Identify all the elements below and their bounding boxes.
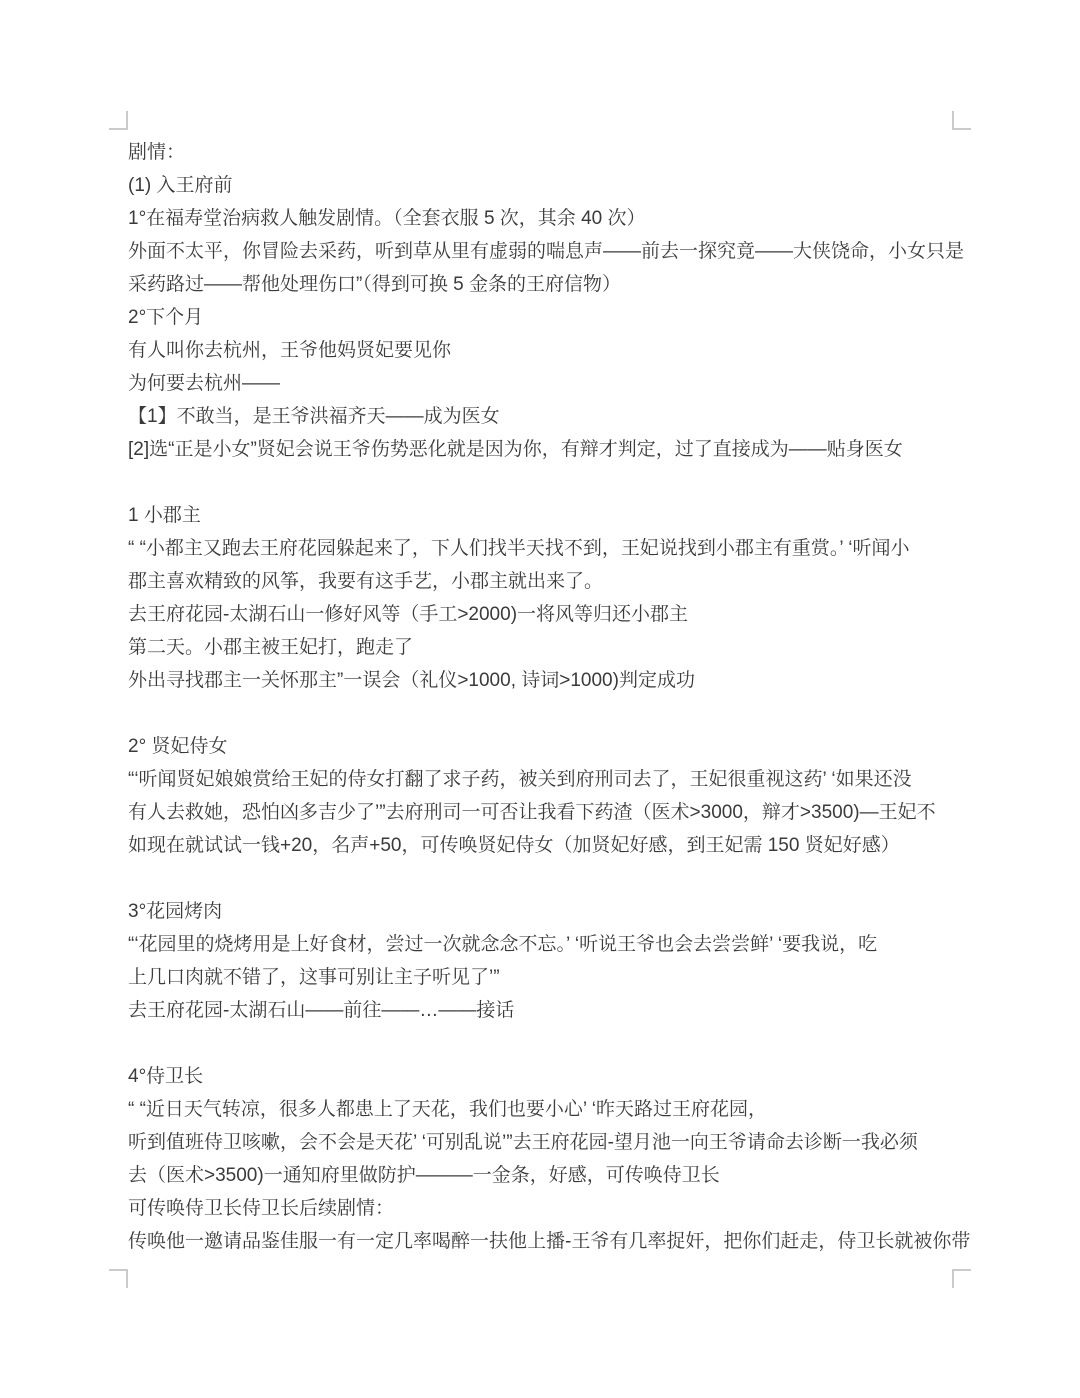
text-line: 2°下个月: [128, 301, 952, 334]
text-line: 第二天。小郡主被王妃打，跑走了: [128, 631, 952, 664]
text-line: 传唤他一邀请品鉴佳服一有一定几率喝醉一扶他上播-王爷有几率捉奸，把你们赶走，侍卫…: [128, 1225, 952, 1258]
text-line: 上几口肉就不错了，这事可别让主子听见了’”: [128, 961, 952, 994]
paragraph-block-section-2-xian-fei-shi-nv: 2° 贤妃侍女“‘听闻贤妃娘娘赏给王妃的侍女打翻了求子药，被关到府刑司去了，王妃…: [128, 730, 952, 862]
text-line: 外出寻找郡主一关怀那主”一误会（礼仪>1000, 诗词>1000)判定成功: [128, 664, 952, 697]
text-line: 为何要去杭州——: [128, 367, 952, 400]
paragraph-block-intro: 剧情：(1) 入王府前1°在福寿堂治病救人触发剧情。（全套衣服 5 次，其余 4…: [128, 136, 952, 466]
text-line: 1°在福寿堂治病救人触发剧情。（全套衣服 5 次，其余 40 次）: [128, 202, 952, 235]
text-line: 3°花园烤肉: [128, 895, 952, 928]
text-line: 外面不太平，你冒险去采药，听到草从里有虚弱的喘息声——前去一探究竟——大侠饶命，…: [128, 235, 952, 268]
paragraph-block-section-1-xiao-jun-zhu: 1 小郡主“ “小都主又跑去王府花园躲起来了，下人们找半天找不到，王妃说找到小郡…: [128, 499, 952, 697]
paragraph-block-section-4-shi-wei-zhang: 4°侍卫长“ “近日天气转凉，很多人都患上了天花，我们也要小心’ ‘昨天路过王府…: [128, 1060, 952, 1258]
text-line: [2]选“正是小女”贤妃会说王爷伤势恶化就是因为你，有辩才判定，过了直接成为——…: [128, 433, 952, 466]
text-line: 4°侍卫长: [128, 1060, 952, 1093]
document-body: 剧情：(1) 入王府前1°在福寿堂治病救人触发剧情。（全套衣服 5 次，其余 4…: [128, 136, 952, 1258]
margin-crop-mark-top-right: [952, 111, 971, 130]
text-line: 如现在就试试一钱+20，名声+50，可传唤贤妃侍女（加贤妃好感，到王妃需 150…: [128, 829, 952, 862]
text-line: 剧情：: [128, 136, 952, 169]
text-line: 听到值班侍卫咳嗽，会不会是天花’ ‘可别乱说’”去王府花园-望月池一向王爷请命去…: [128, 1126, 952, 1159]
text-line: “‘听闻贤妃娘娘赏给王妃的侍女打翻了求子药，被关到府刑司去了，王妃很重视这药’ …: [128, 763, 952, 796]
text-line: 郡主喜欢精致的风筝，我要有这手艺，小郡主就出来了。: [128, 565, 952, 598]
text-line: 2° 贤妃侍女: [128, 730, 952, 763]
margin-crop-mark-bottom-left: [109, 1269, 128, 1288]
text-line: “ “近日天气转凉，很多人都患上了天花，我们也要小心’ ‘昨天路过王府花园，: [128, 1093, 952, 1126]
text-line: “‘花园里的烧烤用是上好食材，尝过一次就念念不忘。’ ‘听说王爷也会去尝尝鲜’ …: [128, 928, 952, 961]
text-line: 【1】不敢当，是王爷洪福齐天——成为医女: [128, 400, 952, 433]
text-line: 去（医术>3500)一通知府里做防护———一金条，好感，可传唤侍卫长: [128, 1159, 952, 1192]
text-line: 有人去救她，恐怕凶多吉少了’”去府刑司一可否让我看下药渣（医术>3000，辩才>…: [128, 796, 952, 829]
margin-crop-mark-bottom-right: [952, 1269, 971, 1288]
text-line: 去王府花园-太湖石山一修好风等（手工>2000)一将风等归还小郡主: [128, 598, 952, 631]
text-line: 去王府花园-太湖石山——前往——…——接话: [128, 994, 952, 1027]
margin-crop-mark-top-left: [109, 111, 128, 130]
text-line: 1 小郡主: [128, 499, 952, 532]
text-line: (1) 入王府前: [128, 169, 952, 202]
text-line: 采药路过——帮他处理伤口”（得到可换 5 金条的王府信物）: [128, 268, 952, 301]
text-line: 可传唤侍卫长侍卫长后续剧情：: [128, 1192, 952, 1225]
document-page: 剧情：(1) 入王府前1°在福寿堂治病救人触发剧情。（全套衣服 5 次，其余 4…: [0, 0, 1080, 1398]
paragraph-block-section-3-hua-yuan-kao-rou: 3°花园烤肉“‘花园里的烧烤用是上好食材，尝过一次就念念不忘。’ ‘听说王爷也会…: [128, 895, 952, 1027]
text-line: 有人叫你去杭州，王爷他妈贤妃要见你: [128, 334, 952, 367]
text-line: “ “小都主又跑去王府花园躲起来了，下人们找半天找不到，王妃说找到小郡主有重赏。…: [128, 532, 952, 565]
